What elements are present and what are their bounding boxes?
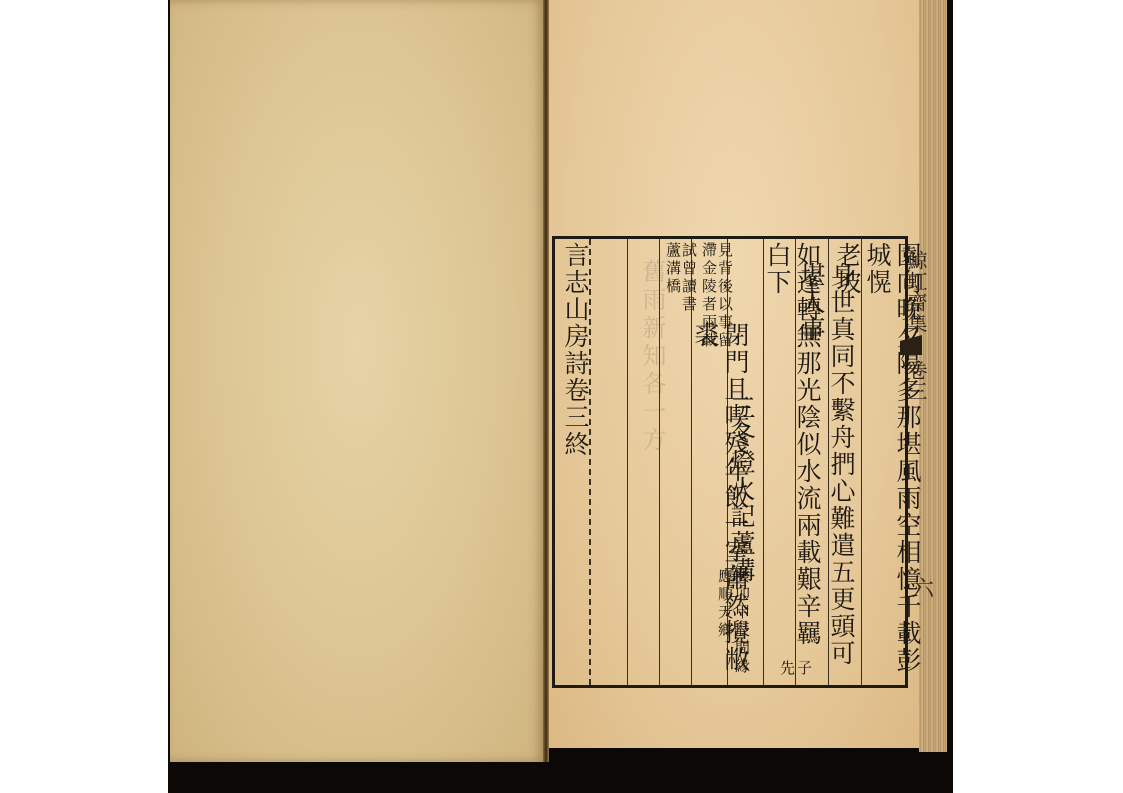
- annotation-col-4: 蘆溝橋: [664, 242, 681, 302]
- poem-line-6: 閉門且喫殘年飯一室蕭然攪敝裘: [690, 322, 750, 692]
- poem-line-4: 如蓬轉無那光陰似水流兩載艱辛羈白下: [762, 242, 822, 662]
- column-rule: [627, 239, 628, 685]
- annotation-xianzi: 子先: [778, 660, 812, 690]
- left-page-blank: [170, 0, 545, 762]
- banxin-juan: 卷三: [902, 360, 931, 402]
- bleed-through-text: 舊雨新知各一方: [635, 259, 670, 679]
- leaf-number: 六: [912, 572, 934, 603]
- annotation-col-3: 試曾讀書: [680, 242, 697, 332]
- banxin-book-title: 鯨虹齋集: [902, 250, 931, 334]
- colophon-juan-end: 言志山房詩卷三終: [560, 242, 590, 502]
